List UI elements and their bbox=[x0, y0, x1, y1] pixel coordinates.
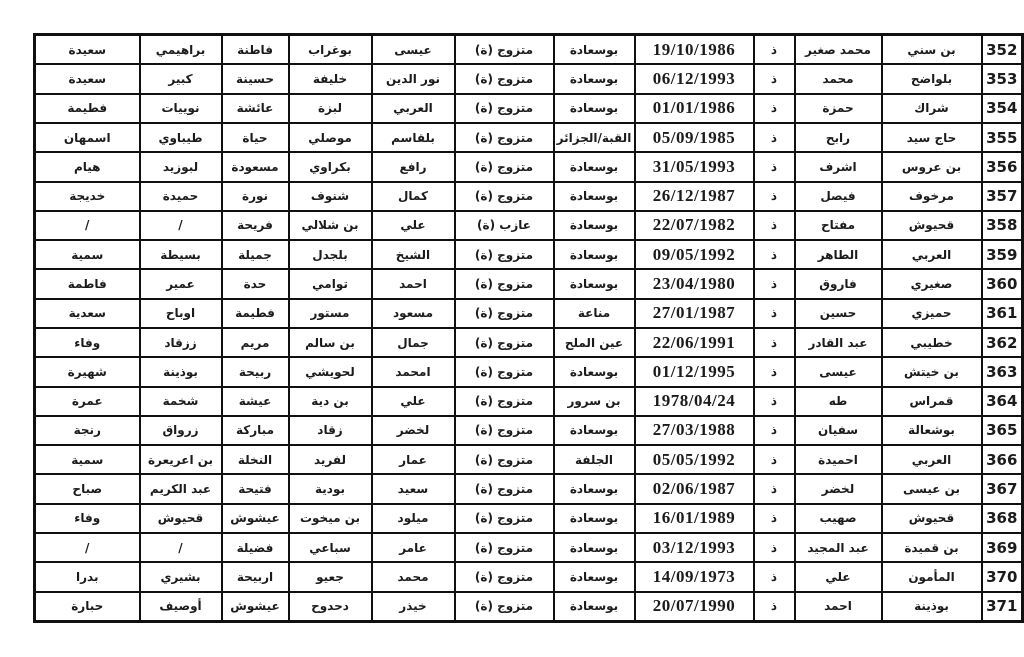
cell-spouse-first-name: اسمهان bbox=[35, 123, 140, 152]
cell-gender: ذ bbox=[754, 445, 795, 474]
cell-mother-last-name: دحدوح bbox=[289, 592, 372, 622]
table-row: 359العربيالطاهرذ09/05/1992بوسعادةمتزوج (… bbox=[35, 240, 1023, 269]
cell-spouse-first-name: سمية bbox=[35, 240, 140, 269]
cell-father-name: بلقاسم bbox=[372, 123, 455, 152]
cell-spouse-first-name: بدرا bbox=[35, 562, 140, 591]
cell-last-name: صغيري bbox=[882, 269, 982, 298]
cell-birth-place: بوسعادة bbox=[554, 152, 635, 181]
cell-birth-place: بوسعادة bbox=[554, 592, 635, 622]
cell-marital-status: متزوج (ة) bbox=[455, 64, 554, 93]
table-row: 355حاج سيدرابحذ05/09/1985القبة/الجزائرمت… bbox=[35, 123, 1023, 152]
cell-spouse-last-name: حميدة bbox=[140, 182, 222, 211]
cell-spouse-last-name: زرواق bbox=[140, 416, 222, 445]
cell-mother-first-name: حسينة bbox=[222, 64, 289, 93]
cell-mother-last-name: موصلي bbox=[289, 123, 372, 152]
cell-marital-status: متزوج (ة) bbox=[455, 299, 554, 328]
cell-last-name: المأمون bbox=[882, 562, 982, 591]
cell-mother-last-name: زقاد bbox=[289, 416, 372, 445]
cell-birth-date: 31/05/1993 bbox=[635, 152, 754, 181]
cell-first-name: محمد صغير bbox=[795, 35, 882, 65]
cell-mother-first-name: عيشوش bbox=[222, 504, 289, 533]
cell-marital-status: متزوج (ة) bbox=[455, 562, 554, 591]
cell-last-name: خطيبي bbox=[882, 328, 982, 357]
table-row: 366العربياحميدةذ05/05/1992الجلفةمتزوج (ة… bbox=[35, 445, 1023, 474]
cell-father-name: الشيخ bbox=[372, 240, 455, 269]
cell-spouse-last-name: عبد الكريم bbox=[140, 474, 222, 503]
cell-row-number: 354 bbox=[982, 94, 1023, 123]
cell-mother-first-name: مسعودة bbox=[222, 152, 289, 181]
cell-father-name: عامر bbox=[372, 533, 455, 562]
cell-row-number: 362 bbox=[982, 328, 1023, 357]
cell-spouse-first-name: حبارة bbox=[35, 592, 140, 622]
cell-birth-date: 03/12/1993 bbox=[635, 533, 754, 562]
cell-row-number: 367 bbox=[982, 474, 1023, 503]
cell-last-name: بوشعالة bbox=[882, 416, 982, 445]
cell-last-name: العربي bbox=[882, 240, 982, 269]
cell-mother-last-name: لحويشي bbox=[289, 357, 372, 386]
cell-first-name: رابح bbox=[795, 123, 882, 152]
cell-last-name: بن عيسى bbox=[882, 474, 982, 503]
cell-birth-place: عين الملح bbox=[554, 328, 635, 357]
cell-father-name: علي bbox=[372, 211, 455, 240]
table-row: 371بوذينةاحمدذ20/07/1990بوسعادةمتزوج (ة)… bbox=[35, 592, 1023, 622]
cell-row-number: 353 bbox=[982, 64, 1023, 93]
cell-mother-last-name: مستور bbox=[289, 299, 372, 328]
cell-spouse-last-name: بن اعريعرة bbox=[140, 445, 222, 474]
cell-gender: ذ bbox=[754, 35, 795, 65]
cell-first-name: عبد المجيد bbox=[795, 533, 882, 562]
cell-row-number: 364 bbox=[982, 387, 1023, 416]
cell-row-number: 361 bbox=[982, 299, 1023, 328]
cell-row-number: 360 bbox=[982, 269, 1023, 298]
cell-marital-status: متزوج (ة) bbox=[455, 504, 554, 533]
cell-birth-date: 22/06/1991 bbox=[635, 328, 754, 357]
cell-birth-place: الجلفة bbox=[554, 445, 635, 474]
cell-first-name: احميدة bbox=[795, 445, 882, 474]
cell-mother-first-name: جميلة bbox=[222, 240, 289, 269]
table-row: 356بن عروساشرفذ31/05/1993بوسعادةمتزوج (ة… bbox=[35, 152, 1023, 181]
cell-mother-first-name: فضيلة bbox=[222, 533, 289, 562]
cell-mother-last-name: بكراوي bbox=[289, 152, 372, 181]
cell-first-name: عيسى bbox=[795, 357, 882, 386]
table-row: 364قمراسطهذ1978/04/24بن سرورمتزوج (ة)علي… bbox=[35, 387, 1023, 416]
cell-last-name: حاج سيد bbox=[882, 123, 982, 152]
cell-row-number: 355 bbox=[982, 123, 1023, 152]
cell-birth-date: 22/07/1982 bbox=[635, 211, 754, 240]
cell-birth-date: 09/05/1992 bbox=[635, 240, 754, 269]
cell-spouse-first-name: سعدية bbox=[35, 299, 140, 328]
cell-mother-first-name: فتيحة bbox=[222, 474, 289, 503]
cell-birth-place: بوسعادة bbox=[554, 182, 635, 211]
cell-mother-first-name: نورة bbox=[222, 182, 289, 211]
table-row: 363بن خيتشعيسىذ01/12/1995بوسعادةمتزوج (ة… bbox=[35, 357, 1023, 386]
cell-last-name: بن خيتش bbox=[882, 357, 982, 386]
cell-first-name: فيصل bbox=[795, 182, 882, 211]
cell-spouse-first-name: سمية bbox=[35, 445, 140, 474]
table-row: 367بن عيسىلخضرذ02/06/1987بوسعادةمتزوج (ة… bbox=[35, 474, 1023, 503]
cell-birth-date: 06/12/1993 bbox=[635, 64, 754, 93]
cell-row-number: 358 bbox=[982, 211, 1023, 240]
cell-mother-last-name: سباعي bbox=[289, 533, 372, 562]
cell-first-name: لخضر bbox=[795, 474, 882, 503]
cell-mother-last-name: بلجدل bbox=[289, 240, 372, 269]
cell-mother-first-name: النخلة bbox=[222, 445, 289, 474]
cell-father-name: امحمد bbox=[372, 357, 455, 386]
cell-birth-place: بوسعادة bbox=[554, 240, 635, 269]
cell-birth-date: 05/05/1992 bbox=[635, 445, 754, 474]
cell-gender: ذ bbox=[754, 211, 795, 240]
cell-last-name: قحيوش bbox=[882, 211, 982, 240]
cell-spouse-first-name: فاطمة bbox=[35, 269, 140, 298]
cell-marital-status: متزوج (ة) bbox=[455, 35, 554, 65]
cell-marital-status: متزوج (ة) bbox=[455, 592, 554, 622]
cell-father-name: العربي bbox=[372, 94, 455, 123]
cell-gender: ذ bbox=[754, 152, 795, 181]
cell-father-name: سعيد bbox=[372, 474, 455, 503]
cell-marital-status: متزوج (ة) bbox=[455, 240, 554, 269]
cell-birth-place: مناعة bbox=[554, 299, 635, 328]
table-row: 369بن قميدةعبد المجيدذ03/12/1993بوسعادةم… bbox=[35, 533, 1023, 562]
cell-spouse-last-name: بشيري bbox=[140, 562, 222, 591]
cell-birth-date: 19/10/1986 bbox=[635, 35, 754, 65]
cell-spouse-first-name: هيام bbox=[35, 152, 140, 181]
table-row: 370المأمونعليذ14/09/1973بوسعادةمتزوج (ة)… bbox=[35, 562, 1023, 591]
cell-mother-first-name: حدة bbox=[222, 269, 289, 298]
cell-first-name: طه bbox=[795, 387, 882, 416]
cell-gender: ذ bbox=[754, 416, 795, 445]
cell-spouse-last-name: كبير bbox=[140, 64, 222, 93]
cell-birth-date: 16/01/1989 bbox=[635, 504, 754, 533]
cell-marital-status: متزوج (ة) bbox=[455, 416, 554, 445]
table-row: 353بلواضحمحمدذ06/12/1993بوسعادةمتزوج (ة)… bbox=[35, 64, 1023, 93]
cell-birth-place: بوسعادة bbox=[554, 504, 635, 533]
cell-mother-first-name: عيشوش bbox=[222, 592, 289, 622]
cell-mother-last-name: شنوف bbox=[289, 182, 372, 211]
cell-birth-date: 01/01/1986 bbox=[635, 94, 754, 123]
cell-last-name: مرخوف bbox=[882, 182, 982, 211]
cell-last-name: بن عروس bbox=[882, 152, 982, 181]
cell-marital-status: متزوج (ة) bbox=[455, 474, 554, 503]
cell-first-name: احمد bbox=[795, 592, 882, 622]
cell-first-name: حمزة bbox=[795, 94, 882, 123]
cell-first-name: فاروق bbox=[795, 269, 882, 298]
cell-gender: ذ bbox=[754, 387, 795, 416]
cell-mother-last-name: توامي bbox=[289, 269, 372, 298]
cell-marital-status: متزوج (ة) bbox=[455, 269, 554, 298]
cell-spouse-first-name: عمرة bbox=[35, 387, 140, 416]
cell-mother-last-name: بن دية bbox=[289, 387, 372, 416]
cell-last-name: بوذينة bbox=[882, 592, 982, 622]
cell-marital-status: متزوج (ة) bbox=[455, 533, 554, 562]
cell-gender: ذ bbox=[754, 299, 795, 328]
cell-spouse-last-name: نوييات bbox=[140, 94, 222, 123]
cell-first-name: عبد القادر bbox=[795, 328, 882, 357]
cell-spouse-last-name: أوصيف bbox=[140, 592, 222, 622]
cell-mother-last-name: بوغراب bbox=[289, 35, 372, 65]
cell-gender: ذ bbox=[754, 474, 795, 503]
cell-father-name: مسعود bbox=[372, 299, 455, 328]
cell-birth-date: 27/01/1987 bbox=[635, 299, 754, 328]
cell-gender: ذ bbox=[754, 533, 795, 562]
cell-spouse-last-name: ززقاد bbox=[140, 328, 222, 357]
cell-birth-date: 1978/04/24 bbox=[635, 387, 754, 416]
table-row: 357مرخوففيصلذ26/12/1987بوسعادةمتزوج (ة)ك… bbox=[35, 182, 1023, 211]
cell-last-name: العربي bbox=[882, 445, 982, 474]
cell-gender: ذ bbox=[754, 592, 795, 622]
cell-birth-place: بوسعادة bbox=[554, 269, 635, 298]
cell-marital-status: متزوج (ة) bbox=[455, 387, 554, 416]
cell-spouse-last-name: براهيمي bbox=[140, 35, 222, 65]
cell-birth-place: بوسعادة bbox=[554, 533, 635, 562]
cell-father-name: علي bbox=[372, 387, 455, 416]
cell-row-number: 371 bbox=[982, 592, 1023, 622]
cell-mother-last-name: جعيو bbox=[289, 562, 372, 591]
cell-birth-place: بوسعادة bbox=[554, 416, 635, 445]
cell-birth-place: بوسعادة bbox=[554, 211, 635, 240]
cell-first-name: الطاهر bbox=[795, 240, 882, 269]
cell-father-name: عيسى bbox=[372, 35, 455, 65]
cell-spouse-first-name: وفاء bbox=[35, 328, 140, 357]
table-row: 360صغيريفاروقذ23/04/1980بوسعادةمتزوج (ة)… bbox=[35, 269, 1023, 298]
cell-spouse-last-name: اوباح bbox=[140, 299, 222, 328]
cell-row-number: 359 bbox=[982, 240, 1023, 269]
cell-gender: ذ bbox=[754, 123, 795, 152]
cell-spouse-first-name: شهيرة bbox=[35, 357, 140, 386]
cell-mother-first-name: فطيمة bbox=[222, 299, 289, 328]
cell-father-name: خيذر bbox=[372, 592, 455, 622]
cell-father-name: جمال bbox=[372, 328, 455, 357]
cell-first-name: محمد bbox=[795, 64, 882, 93]
table-row: 352بن سنيمحمد صغيرذ19/10/1986بوسعادةمتزو… bbox=[35, 35, 1023, 65]
cell-spouse-last-name: قحيوش bbox=[140, 504, 222, 533]
cell-mother-first-name: اربيحة bbox=[222, 562, 289, 591]
cell-marital-status: متزوج (ة) bbox=[455, 182, 554, 211]
cell-birth-date: 14/09/1973 bbox=[635, 562, 754, 591]
cell-spouse-last-name: بسيطة bbox=[140, 240, 222, 269]
cell-mother-last-name: خليفة bbox=[289, 64, 372, 93]
table-row: 358قحيوشمفتاحذ22/07/1982بوسعادةعازب (ة)ع… bbox=[35, 211, 1023, 240]
cell-birth-date: 27/03/1988 bbox=[635, 416, 754, 445]
cell-gender: ذ bbox=[754, 357, 795, 386]
cell-spouse-last-name: بوذينة bbox=[140, 357, 222, 386]
cell-row-number: 368 bbox=[982, 504, 1023, 533]
table-row: 361حميزيحسينذ27/01/1987مناعةمتزوج (ة)مسع… bbox=[35, 299, 1023, 328]
cell-spouse-first-name: وفاء bbox=[35, 504, 140, 533]
cell-first-name: اشرف bbox=[795, 152, 882, 181]
cell-birth-place: بوسعادة bbox=[554, 94, 635, 123]
cell-marital-status: متزوج (ة) bbox=[455, 328, 554, 357]
cell-marital-status: متزوج (ة) bbox=[455, 152, 554, 181]
cell-row-number: 370 bbox=[982, 562, 1023, 591]
cell-birth-place: بوسعادة bbox=[554, 474, 635, 503]
cell-mother-first-name: عائشة bbox=[222, 94, 289, 123]
cell-last-name: شراك bbox=[882, 94, 982, 123]
cell-birth-place: القبة/الجزائر bbox=[554, 123, 635, 152]
cell-spouse-last-name: لبوزيد bbox=[140, 152, 222, 181]
cell-marital-status: متزوج (ة) bbox=[455, 357, 554, 386]
cell-mother-first-name: مباركة bbox=[222, 416, 289, 445]
cell-mother-first-name: حياة bbox=[222, 123, 289, 152]
records-table-body: 352بن سنيمحمد صغيرذ19/10/1986بوسعادةمتزو… bbox=[35, 35, 1023, 622]
cell-first-name: علي bbox=[795, 562, 882, 591]
cell-first-name: مفتاح bbox=[795, 211, 882, 240]
cell-row-number: 363 bbox=[982, 357, 1023, 386]
cell-birth-place: بوسعادة bbox=[554, 357, 635, 386]
cell-spouse-first-name: / bbox=[35, 211, 140, 240]
cell-gender: ذ bbox=[754, 182, 795, 211]
cell-gender: ذ bbox=[754, 64, 795, 93]
cell-spouse-first-name: فطيمة bbox=[35, 94, 140, 123]
cell-birth-place: بوسعادة bbox=[554, 35, 635, 65]
cell-birth-place: بوسعادة bbox=[554, 562, 635, 591]
cell-spouse-last-name: عمير bbox=[140, 269, 222, 298]
cell-last-name: حميزي bbox=[882, 299, 982, 328]
cell-spouse-first-name: سعيدة bbox=[35, 35, 140, 65]
cell-father-name: احمد bbox=[372, 269, 455, 298]
cell-mother-first-name: عيشة bbox=[222, 387, 289, 416]
cell-gender: ذ bbox=[754, 504, 795, 533]
cell-birth-date: 26/12/1987 bbox=[635, 182, 754, 211]
cell-birth-date: 20/07/1990 bbox=[635, 592, 754, 622]
cell-mother-first-name: فريحة bbox=[222, 211, 289, 240]
cell-row-number: 365 bbox=[982, 416, 1023, 445]
cell-first-name: سفيان bbox=[795, 416, 882, 445]
cell-spouse-first-name: خديجة bbox=[35, 182, 140, 211]
cell-mother-last-name: بودية bbox=[289, 474, 372, 503]
cell-row-number: 369 bbox=[982, 533, 1023, 562]
cell-mother-last-name: بن ميخوت bbox=[289, 504, 372, 533]
cell-birth-date: 05/09/1985 bbox=[635, 123, 754, 152]
cell-gender: ذ bbox=[754, 240, 795, 269]
cell-gender: ذ bbox=[754, 269, 795, 298]
cell-birth-date: 23/04/1980 bbox=[635, 269, 754, 298]
cell-spouse-last-name: شخمة bbox=[140, 387, 222, 416]
cell-mother-last-name: بن سالم bbox=[289, 328, 372, 357]
scanned-document-page: 352بن سنيمحمد صغيرذ19/10/1986بوسعادةمتزو… bbox=[0, 0, 1024, 657]
cell-last-name: قمراس bbox=[882, 387, 982, 416]
cell-last-name: بن قميدة bbox=[882, 533, 982, 562]
cell-spouse-last-name: طيباوي bbox=[140, 123, 222, 152]
cell-father-name: ميلود bbox=[372, 504, 455, 533]
cell-birth-place: بوسعادة bbox=[554, 64, 635, 93]
cell-mother-last-name: بن شلالي bbox=[289, 211, 372, 240]
table-row: 368قحيوشصهيبذ16/01/1989بوسعادةمتزوج (ة)م… bbox=[35, 504, 1023, 533]
cell-father-name: رافع bbox=[372, 152, 455, 181]
cell-spouse-last-name: / bbox=[140, 211, 222, 240]
cell-marital-status: متزوج (ة) bbox=[455, 123, 554, 152]
cell-last-name: بلواضح bbox=[882, 64, 982, 93]
cell-mother-first-name: مريم bbox=[222, 328, 289, 357]
cell-marital-status: متزوج (ة) bbox=[455, 94, 554, 123]
cell-spouse-first-name: سعيدة bbox=[35, 64, 140, 93]
cell-mother-first-name: فاطنة bbox=[222, 35, 289, 65]
cell-birth-place: بن سرور bbox=[554, 387, 635, 416]
cell-first-name: صهيب bbox=[795, 504, 882, 533]
cell-father-name: كمال bbox=[372, 182, 455, 211]
cell-birth-date: 02/06/1987 bbox=[635, 474, 754, 503]
cell-gender: ذ bbox=[754, 328, 795, 357]
civil-records-table: 352بن سنيمحمد صغيرذ19/10/1986بوسعادةمتزو… bbox=[33, 33, 1024, 623]
cell-spouse-first-name: صباح bbox=[35, 474, 140, 503]
cell-last-name: قحيوش bbox=[882, 504, 982, 533]
cell-father-name: نور الدين bbox=[372, 64, 455, 93]
cell-marital-status: عازب (ة) bbox=[455, 211, 554, 240]
cell-father-name: لخضر bbox=[372, 416, 455, 445]
cell-spouse-first-name: / bbox=[35, 533, 140, 562]
cell-marital-status: متزوج (ة) bbox=[455, 445, 554, 474]
table-row: 354شراكحمزةذ01/01/1986بوسعادةمتزوج (ة)ال… bbox=[35, 94, 1023, 123]
cell-spouse-last-name: / bbox=[140, 533, 222, 562]
cell-spouse-first-name: رنجة bbox=[35, 416, 140, 445]
cell-father-name: محمد bbox=[372, 562, 455, 591]
cell-row-number: 356 bbox=[982, 152, 1023, 181]
cell-birth-date: 01/12/1995 bbox=[635, 357, 754, 386]
cell-mother-first-name: ربيحة bbox=[222, 357, 289, 386]
cell-gender: ذ bbox=[754, 562, 795, 591]
table-row: 362خطيبيعبد القادرذ22/06/1991عين الملحمت… bbox=[35, 328, 1023, 357]
cell-gender: ذ bbox=[754, 94, 795, 123]
cell-row-number: 352 bbox=[982, 35, 1023, 65]
table-row: 365بوشعالةسفيانذ27/03/1988بوسعادةمتزوج (… bbox=[35, 416, 1023, 445]
cell-row-number: 366 bbox=[982, 445, 1023, 474]
cell-mother-last-name: لفريد bbox=[289, 445, 372, 474]
cell-mother-last-name: لبزة bbox=[289, 94, 372, 123]
cell-row-number: 357 bbox=[982, 182, 1023, 211]
cell-last-name: بن سني bbox=[882, 35, 982, 65]
cell-first-name: حسين bbox=[795, 299, 882, 328]
cell-father-name: عمار bbox=[372, 445, 455, 474]
